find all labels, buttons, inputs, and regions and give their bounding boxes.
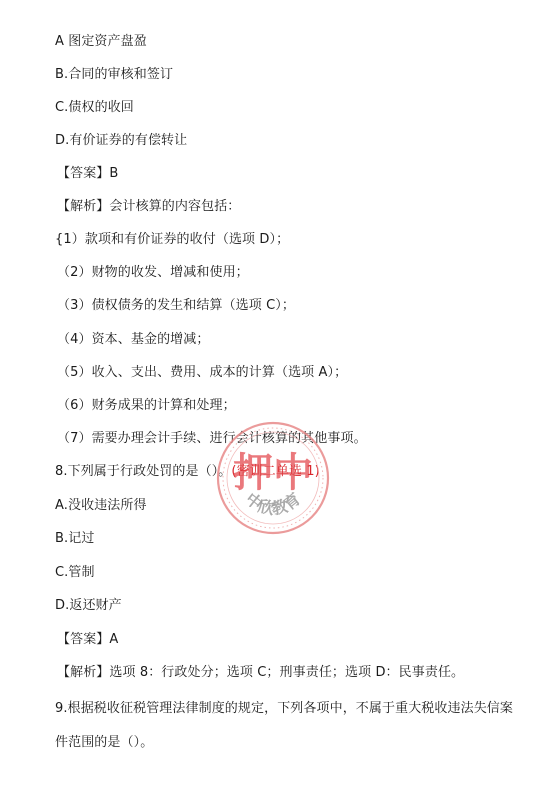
q7-analysis-item-3: （3）债权债务的发生和结算（选项 C）； bbox=[57, 298, 295, 314]
q7-analysis-item-2: （2）财物的收发、增减和使用； bbox=[57, 265, 249, 281]
q7-answer: 【答案】B bbox=[57, 166, 118, 182]
q7-analysis-item-6: （6）财务成果的计算和处理； bbox=[57, 398, 236, 414]
q7-analysis-item-4: （4）资本、基金的增减； bbox=[57, 332, 209, 348]
q7-option-c: C.债权的收回 bbox=[55, 100, 134, 116]
q7-analysis-intro: 【解析】会计核算的内容包括： bbox=[57, 199, 240, 215]
q8-option-c: C.管制 bbox=[55, 565, 95, 581]
q7-analysis-item-5: （5）收入、支出、费用、成本的计算（选项 A）； bbox=[57, 365, 347, 381]
q9-question-line-2: 件范围的是（）。 bbox=[55, 735, 153, 751]
stamp-org-text: 中欣教育 bbox=[242, 489, 304, 518]
q8-option-a: A.没收违法所得 bbox=[55, 498, 147, 514]
q8-source-note: (密训二单选 1) bbox=[231, 464, 319, 479]
q9-question-line-1: 9.根据税收征税管理法律制度的规定，下列各项中，不属于重大税收违法失信案 bbox=[55, 701, 513, 717]
q7-option-a: A 图定资产盘盈 bbox=[55, 34, 147, 50]
q7-option-d: D.有价证券的有偿转让 bbox=[55, 133, 187, 149]
q7-analysis-item-1: {1）款项和有价证券的收付（选项 D）； bbox=[55, 232, 289, 248]
q8-question-line: 8.下列属于行政处罚的是（）。(密训二单选 1) bbox=[55, 464, 320, 480]
q8-analysis: 【解析】选项 8：行政处分；选项 C；刑事责任；选项 D：民事责任。 bbox=[57, 665, 464, 681]
q8-option-d: D.返还财产 bbox=[55, 598, 122, 614]
q8-option-b: B.记过 bbox=[55, 531, 94, 547]
q7-option-b: B.合同的审核和签订 bbox=[55, 67, 173, 83]
q8-answer: 【答案】A bbox=[57, 632, 118, 648]
q7-analysis-item-7: （7）需要办理会计手续、进行会计核算的其他事项。 bbox=[57, 431, 367, 447]
q8-question: 8.下列属于行政处罚的是（）。 bbox=[55, 464, 231, 479]
